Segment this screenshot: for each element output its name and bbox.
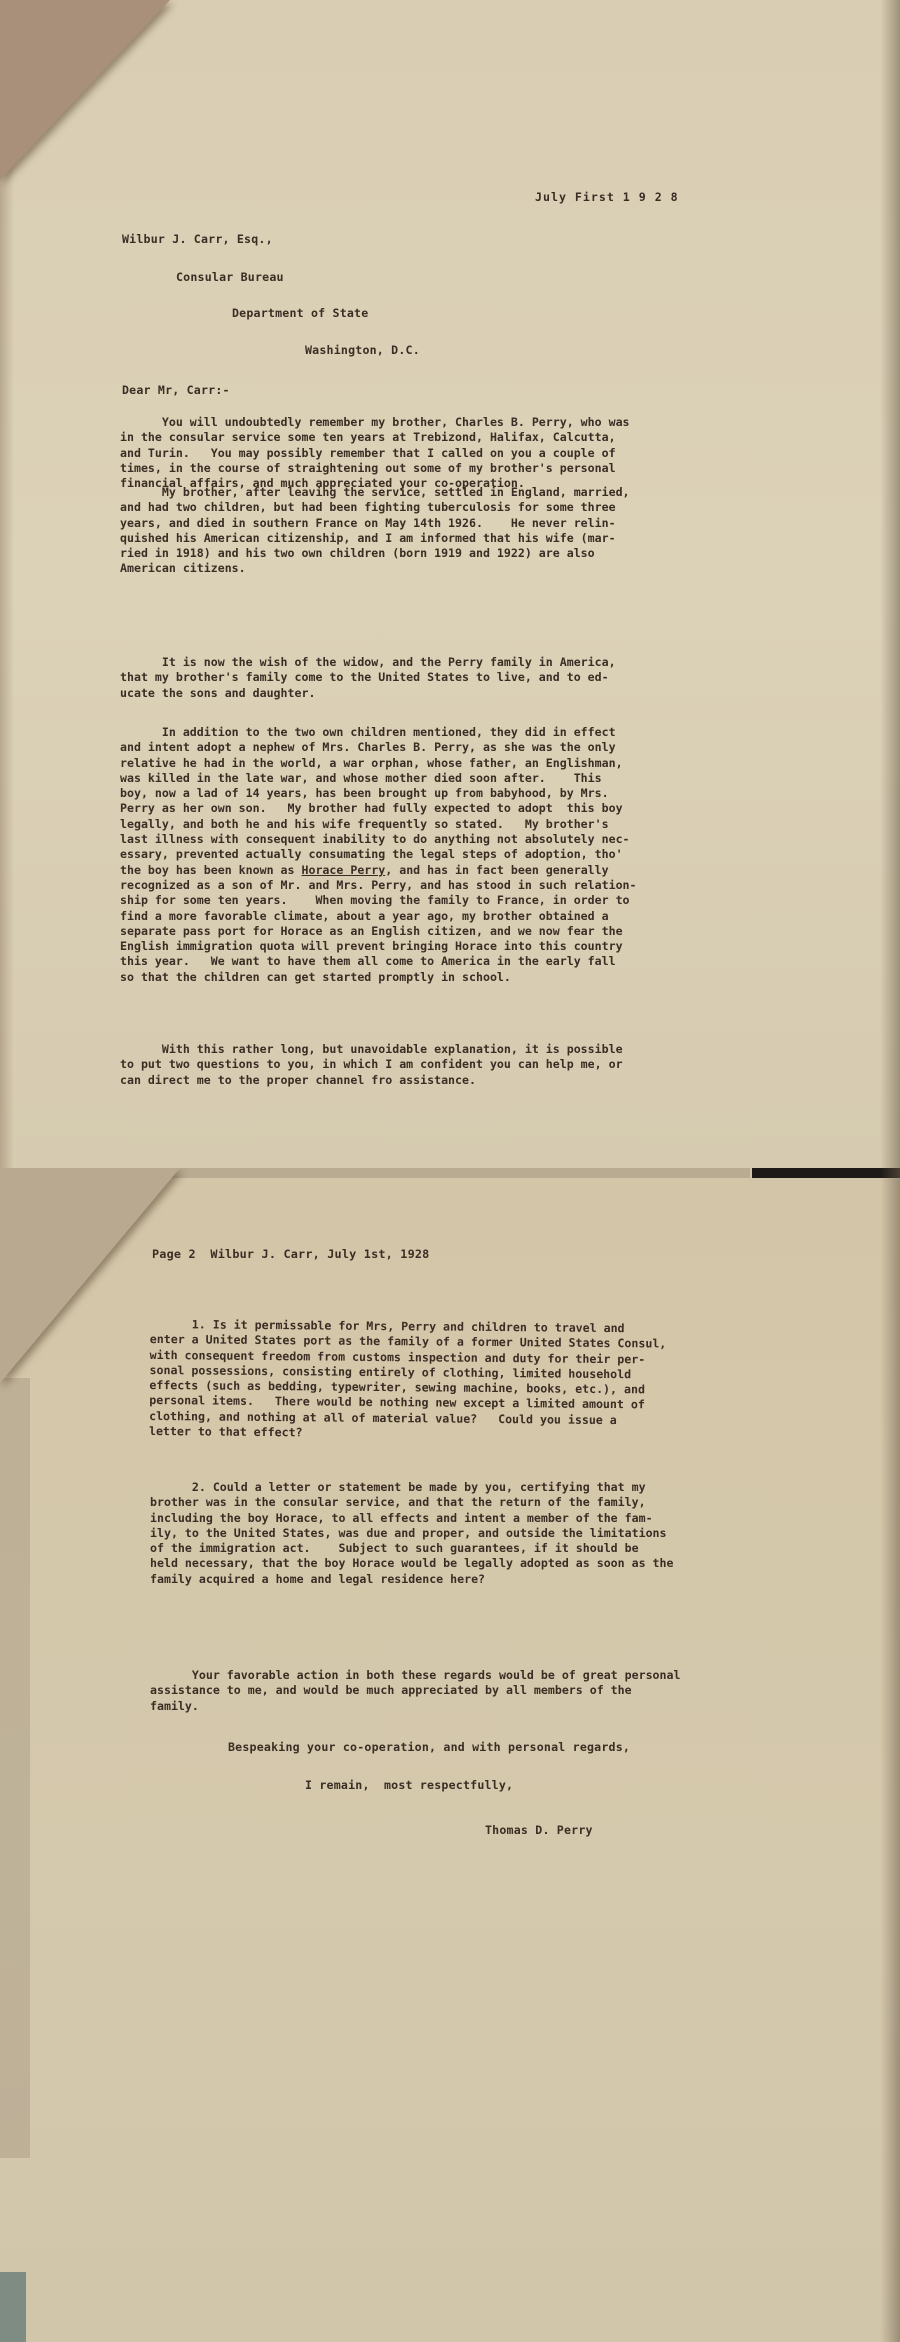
letter-date: July First 1 9 2 8 (535, 190, 679, 205)
body-paragraph: With this rather long, but unavoidable e… (120, 1042, 760, 1088)
text-line: of the immigration act. Subject to such … (150, 1541, 810, 1556)
closing-paragraph: Your favorable action in both these rega… (150, 1668, 810, 1714)
text-line: brother was in the consular service, and… (150, 1495, 810, 1510)
text-line: and had two children, but had been fight… (120, 500, 760, 515)
text-line: last illness with consequent inability t… (120, 832, 760, 847)
text-line: family. (150, 1699, 810, 1714)
text-line: ily, to the United States, was due and p… (150, 1526, 810, 1541)
text-line: recognized as a son of Mr. and Mrs. Perr… (120, 878, 760, 893)
text-line: and Turin. You may possibly remember tha… (120, 446, 760, 461)
page-bottom-tab (0, 2272, 26, 2342)
question-1: 1. Is it permissable for Mrs, Perry and … (149, 1317, 810, 1445)
text-line: It is now the wish of the widow, and the… (120, 655, 760, 670)
text-line: separate pass port for Horace as an Engl… (120, 924, 760, 939)
text-line: Your favorable action in both these rega… (150, 1668, 810, 1683)
recipient-city: Washington, D.C. (305, 343, 420, 358)
page-edge-shadow (0, 1378, 30, 2158)
text-line: held necessary, that the boy Horace woul… (150, 1556, 810, 1571)
text-line: including the boy Horace, to all effects… (150, 1511, 810, 1526)
text-line: You will undoubtedly remember my brother… (120, 415, 760, 430)
text-line: years, and died in southern France on Ma… (120, 516, 760, 531)
text-line: that my brother's family come to the Uni… (120, 670, 760, 685)
body-paragraph: In addition to the two own children ment… (120, 725, 760, 985)
signature-name: Thomas D. Perry (485, 1823, 593, 1838)
page-edge-strip (100, 1168, 750, 1178)
folded-corner (0, 0, 170, 180)
text-line: 2. Could a letter or statement be made b… (150, 1480, 810, 1495)
text-line: family acquired a home and legal residen… (150, 1572, 810, 1587)
text-line: can direct me to the proper channel fro … (120, 1073, 760, 1088)
text-line: find a more favorable climate, about a y… (120, 909, 760, 924)
text-line: essary, prevented actually consumating t… (120, 847, 760, 862)
text-line: quished his American citizenship, and I … (120, 531, 760, 546)
text-line: My brother, after leaving the service, s… (120, 485, 760, 500)
text-line: ried in 1918) and his two own children (… (120, 546, 760, 561)
underlined-name: Horace Perry (301, 863, 385, 877)
text-line: was killed in the late war, and whose mo… (120, 771, 760, 786)
body-paragraph: It is now the wish of the widow, and the… (120, 655, 760, 701)
complimentary-close: Bespeaking your co-operation, and with p… (228, 1740, 630, 1755)
text-line: In addition to the two own children ment… (120, 725, 760, 740)
recipient-bureau: Consular Bureau (176, 270, 284, 285)
letter-page-1: July First 1 9 2 8 Wilbur J. Carr, Esq.,… (0, 0, 900, 1168)
text-line: so that the children can get started pro… (120, 970, 760, 985)
body-paragraph: You will undoubtedly remember my brother… (120, 415, 760, 491)
text-line: English immigration quota will prevent b… (120, 939, 760, 954)
text-line: boy, now a lad of 14 years, has been bro… (120, 786, 760, 801)
page-edge-dark (752, 1168, 900, 1178)
text-line: ship for some ten years. When moving the… (120, 893, 760, 908)
text-line: legally, and both he and his wife freque… (120, 817, 760, 832)
salutation: Dear Mr, Carr:- (122, 383, 230, 398)
text-line: Perry as her own son. My brother had ful… (120, 801, 760, 816)
text-line: relative he had in the world, a war orph… (120, 756, 760, 771)
text-line: this year. We want to have them all come… (120, 954, 760, 969)
text-line: in the consular service some ten years a… (120, 430, 760, 445)
text-line: and intent adopt a nephew of Mrs. Charle… (120, 740, 760, 755)
recipient-name: Wilbur J. Carr, Esq., (122, 232, 273, 247)
valediction: I remain, most respectfully, (305, 1778, 513, 1793)
recipient-department: Department of State (232, 306, 368, 321)
page-2-header: Page 2 Wilbur J. Carr, July 1st, 1928 (152, 1247, 430, 1262)
text-line: times, in the course of straightening ou… (120, 461, 760, 476)
body-paragraph: My brother, after leaving the service, s… (120, 485, 760, 577)
text-line: American citizens. (120, 561, 760, 576)
text-line: With this rather long, but unavoidable e… (120, 1042, 760, 1057)
text-line: the boy has been known as Horace Perry, … (120, 863, 760, 878)
text-line: ucate the sons and daughter. (120, 686, 760, 701)
text-line: assistance to me, and would be much appr… (150, 1683, 810, 1698)
question-2: 2. Could a letter or statement be made b… (150, 1480, 810, 1587)
text-line: to put two questions to you, in which I … (120, 1057, 760, 1072)
